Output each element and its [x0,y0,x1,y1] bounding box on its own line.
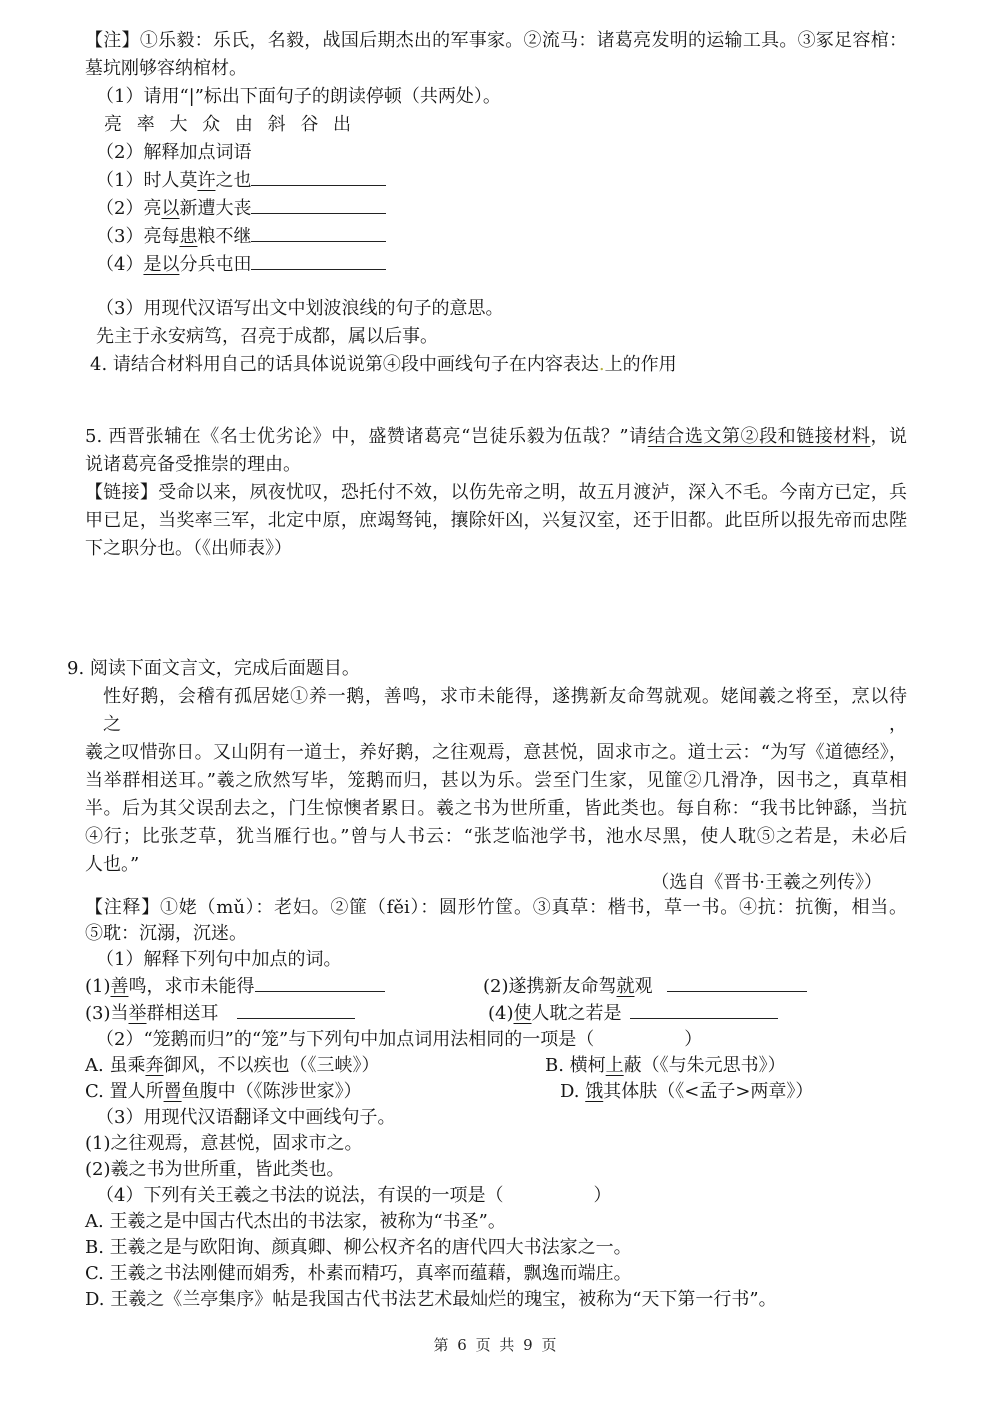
sub1-item-4: (4)使人耽之若是 [488,1000,778,1027]
q5-prompt-line-1: 5. 西晋张辅在《名士优劣论》中，盛赞诸葛亮“岂徒乐毅为伍哉？”请结合选文第②段… [0,423,992,451]
q1-prompt: （1）请用“|”标出下面句子的朗读停顿（共两处）。 [0,83,992,111]
sub2-row-ab: A. 虽乘奔御风，不以疾也（《三峡》） B. 横柯上蔽（《与朱元思书》） [0,1053,992,1079]
sub4-prompt: （4）下列有关王羲之书法的说法，有误的一项是（ ） [0,1183,992,1209]
sub2-choice-d: D. 饿其体肤（《<孟子>两章》） [560,1079,813,1105]
blank-line [251,195,386,214]
q2-item-2: （2）亮以新遭大丧 [0,195,992,223]
link-material-line-2: 甲已足，当奖率三军，北定中原，庶竭驽钝，攘除奸凶，兴复汉室，还于旧都。此臣所以报… [0,507,992,535]
spacer [0,379,992,423]
sub1-item-3: (3)当举群相送耳 [85,1003,355,1024]
q1-sentence: 亮 率 大 众 由 斜 谷 出 [0,111,992,139]
sub3-sentence-1: (1)之往观焉，意甚悦，固求市之。 [0,1131,992,1157]
sub3-sentence-2: (2)羲之书为世所重，皆此类也。 [0,1157,992,1183]
sub1-prompt: （1）解释下列句中加点的词。 [0,947,992,973]
blank-line [251,223,386,242]
sub4-choice-a: A. 王羲之是中国古代杰出的书法家，被称为“书圣”。 [0,1209,992,1235]
q3-prompt: （3）用现代汉语写出文中划波浪线的句子的意思。 [0,295,992,323]
q2-item-1: （1）时人莫许之也 [0,167,992,195]
q2-item-4: （4）是以分兵屯田 [0,251,992,279]
link-material-line-1: 【链接】受命以来，夙夜忧叹，恐托付不效，以伤先帝之明，故五月渡泸，深入不毛。今南… [0,479,992,507]
sub3-prompt: （3）用现代汉语翻译文中画线句子。 [0,1105,992,1131]
q9-header: 9. 阅读下面文言文，完成后面题目。 [0,655,992,683]
sub1-row-1: (1)善鸣，求市未能得 (2)遂携新友命驾就观 [0,973,992,1000]
blank-line [251,251,386,270]
q5-prompt-line-2: 说诸葛亮备受推崇的理由。 [0,451,992,479]
sub1-row-2: (3)当举群相送耳 (4)使人耽之若是 [0,1000,992,1027]
sub4-choice-b: B. 王羲之是与欧阳询、颜真卿、柳公权齐名的唐代四大书法家之一。 [0,1235,992,1261]
spacer [0,279,992,295]
annotation-line-2: ⑤耽：沉溺，沉迷。 [0,921,992,947]
sub2-row-cd: C. 置人所罾鱼腹中（《陈涉世家》） D. 饿其体肤（《<孟子>两章》） [0,1079,992,1105]
sub1-item-1: (1)善鸣，求市未能得 [85,976,385,997]
blank-line [667,973,807,992]
q2-prompt: （2）解释加点词语 [0,139,992,167]
passage-line-2: 羲之叹惜弥日。又山阴有一道士，养好鹅，之往观焉，意甚悦，固求市之。道士云：“为写… [0,739,992,767]
blank-line [237,1000,355,1019]
note-line-1: 【注】①乐毅：乐氏，名毅，战国后期杰出的军事家。②流马：诸葛亮发明的运输工具。③… [0,27,992,55]
sub2-choice-b: B. 横柯上蔽（《与朱元思书》） [545,1053,786,1079]
passage-line-1: 性好鹅，会稽有孤居姥①养一鹅，善鸣，求市未能得，遂携新友命驾就观。姥闻羲之将至，… [0,683,992,739]
passage-source: （选自《晋书·王羲之列传》） [0,871,992,895]
sub4-choice-c: C. 王羲之书法刚健而娟秀，朴素而精巧，真率而蕴藉，飘逸而端庄。 [0,1261,992,1287]
passage-line-4: 半。后为其父误刮去之，门生惊懊者累日。羲之书为世所重，皆此类也。每自称：“我书比… [0,795,992,823]
page-number: 第 6 页 共 9 页 [0,1334,992,1355]
blank-line [251,167,386,186]
sub2-prompt: （2）“笼鹅而归”的“笼”与下列句中加点词用法相同的一项是（ ） [0,1027,992,1053]
exam-page: 【注】①乐毅：乐氏，名毅，战国后期杰出的军事家。②流马：诸葛亮发明的运输工具。③… [0,0,992,1403]
q3-sentence: 先主于永安病笃，召亮于成都，属以后事。 [0,323,992,351]
annotation-line-1: 【注释】①姥（mǔ）：老妇。②篚（fěi）：圆形竹筐。③真草：楷书，草一书。④抗… [0,895,992,921]
q4-prompt: 4. 请结合材料用自己的话具体说说第④段中画线句子在内容表达.上的作用 [0,351,992,379]
blank-line [630,1000,778,1019]
sub1-item-2: (2)遂携新友命驾就观 [483,973,807,1000]
blank-line [255,973,385,992]
q2-item-3: （3）亮每患粮不继 [0,223,992,251]
note-line-2: 墓坑刚够容纳棺材。 [0,55,992,83]
passage-line-3: 当举群相送耳。”羲之欣然写毕，笼鹅而归，甚以为乐。尝至门生家，见篚②几滑净，因书… [0,767,992,795]
passage-line-5: ④行；比张芝草，犹当雁行也。”曾与人书云：“张芝临池学书，池水尽黑，使人耽⑤之若… [0,823,992,851]
sub2-choice-c: C. 置人所罾鱼腹中（《陈涉世家》） [85,1081,362,1102]
spacer [0,563,992,655]
link-material-line-3: 下之职分也。（《出师表》） [0,535,992,563]
sub2-choice-a: A. 虽乘奔御风，不以疾也（《三峡》） [85,1055,379,1076]
sub4-choice-d: D. 王羲之《兰亭集序》帖是我国古代书法艺术最灿烂的瑰宝，被称为“天下第一行书”… [0,1287,992,1313]
